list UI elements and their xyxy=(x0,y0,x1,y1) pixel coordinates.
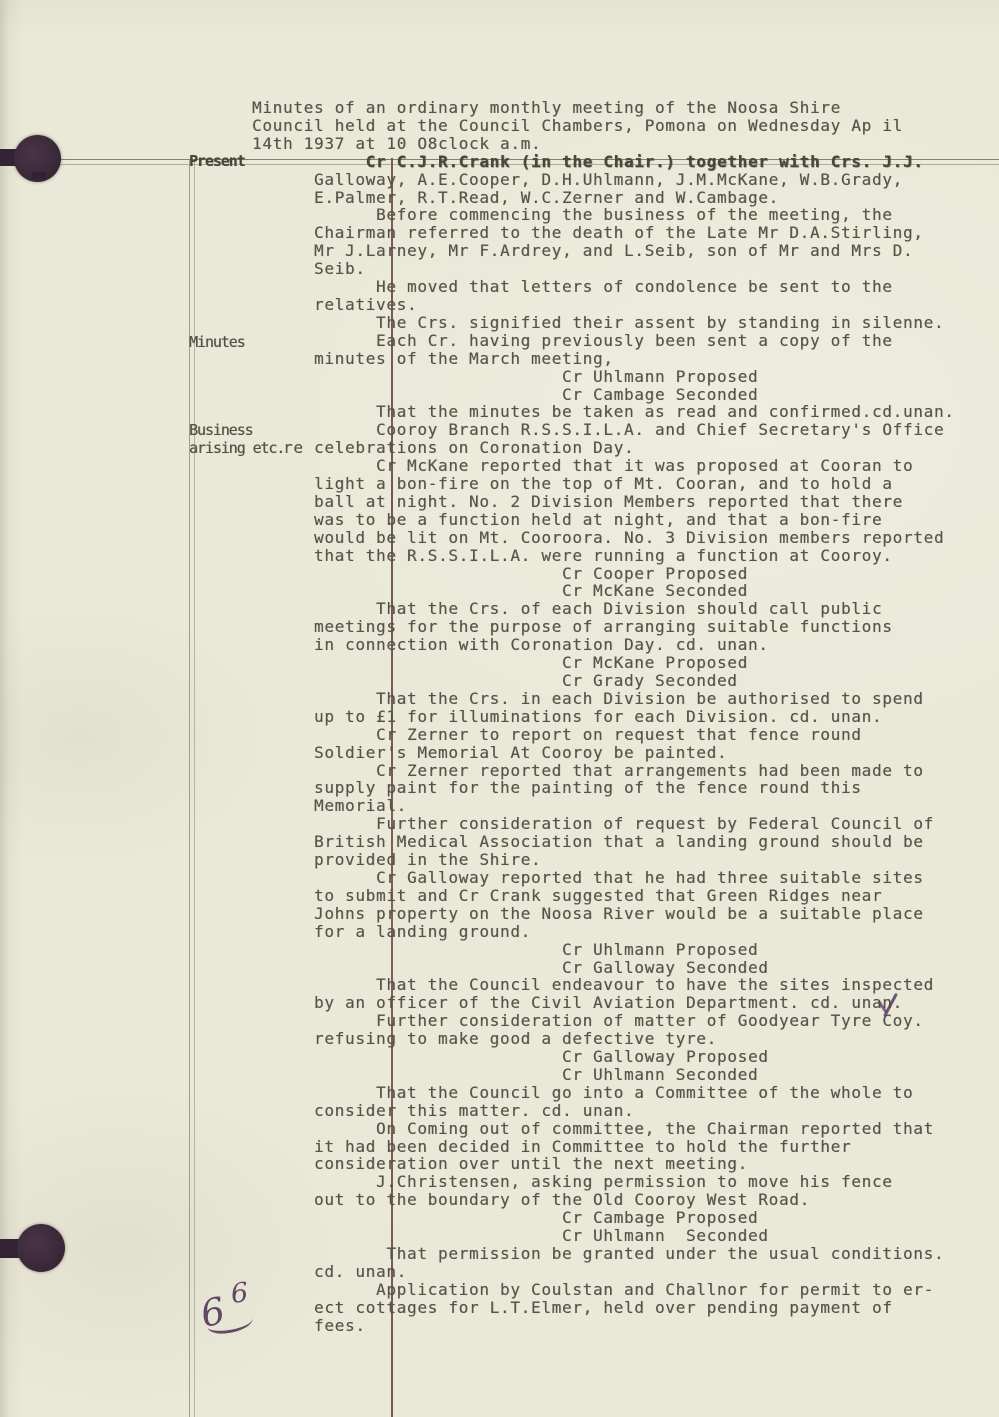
punch-hole-top-notch xyxy=(32,172,46,179)
margin-label-arising-etc: arising etc. xyxy=(189,439,284,457)
margin-label-business: Business xyxy=(189,421,252,439)
punch-hole-bottom xyxy=(17,1224,65,1272)
margin-label-present: Present xyxy=(189,152,245,170)
handwritten-number-small: 6 xyxy=(229,1277,249,1310)
scanned-minutes-page: Minutes of an ordinary monthly meeting o… xyxy=(0,0,999,1417)
margin-label-minutes: Minutes xyxy=(189,333,245,351)
typewritten-text: Minutes of an ordinary monthly meeting o… xyxy=(190,99,955,1335)
